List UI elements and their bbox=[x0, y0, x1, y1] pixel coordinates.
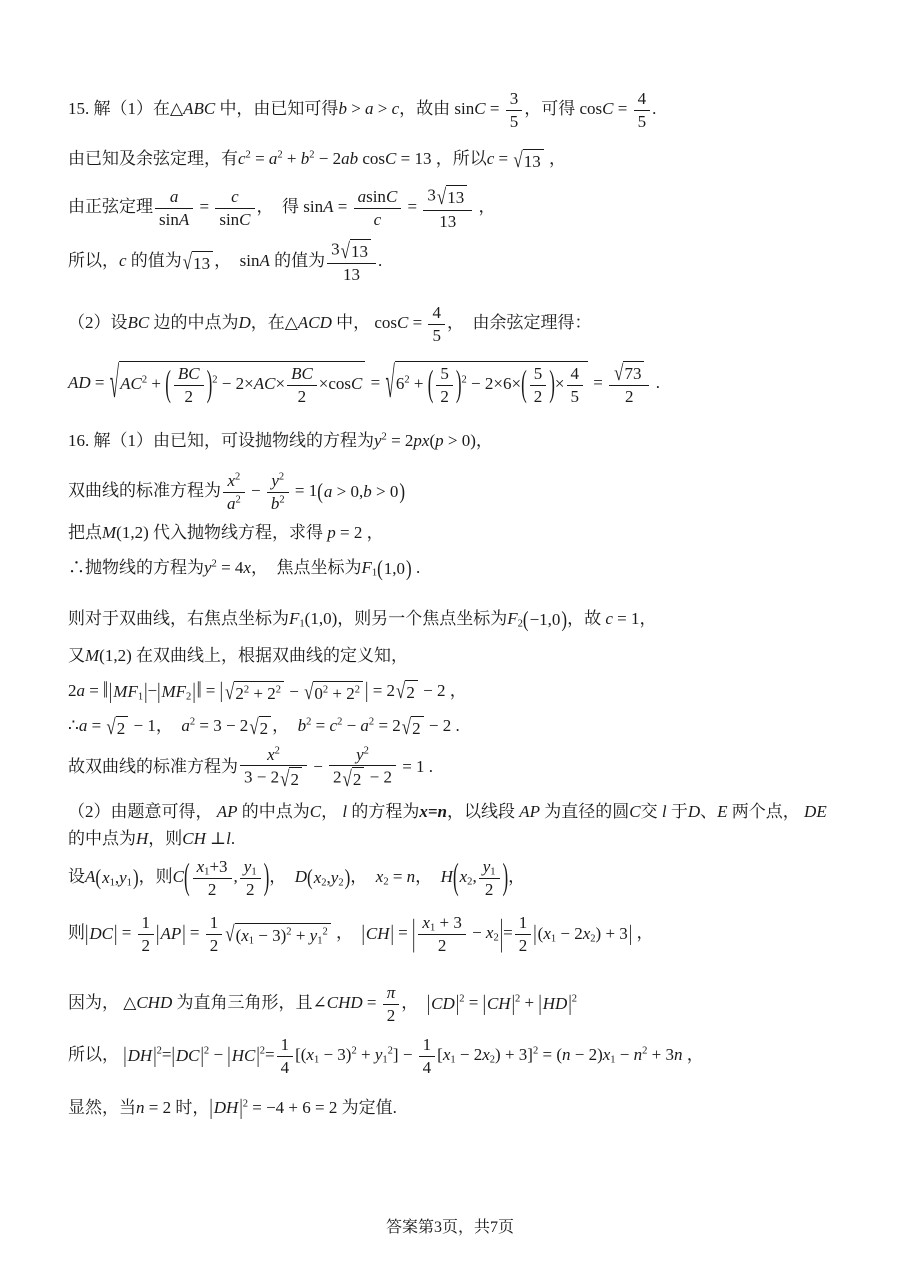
text-line: 显然，当n = 2 时，|DH|2 = −4 + 6 = 2 为定值. bbox=[68, 1095, 840, 1122]
text-run: − bbox=[285, 682, 303, 701]
math-variable: MF bbox=[113, 682, 138, 701]
denominator: b2 bbox=[267, 493, 289, 514]
fraction: x23 − 2√2 bbox=[240, 745, 307, 791]
text-run: ， bbox=[683, 1045, 704, 1064]
numerator: 1 bbox=[515, 913, 532, 935]
math-variable: D bbox=[295, 867, 307, 886]
math-variable: ab bbox=[341, 149, 358, 168]
text-run: − 2 bbox=[315, 149, 342, 168]
numerator: y2 bbox=[329, 745, 396, 767]
text-run: − bbox=[342, 716, 360, 735]
math-variable: F bbox=[289, 609, 299, 628]
text-run: ∴ bbox=[68, 716, 79, 735]
text-run: = bbox=[366, 373, 384, 392]
text-run: 13 bbox=[351, 242, 368, 261]
math-variable: b bbox=[338, 99, 347, 118]
text-run: − 2 ， bbox=[419, 681, 467, 700]
denominator: c bbox=[354, 209, 402, 230]
text-run: (1,2) 代入抛物线方程，求得 bbox=[116, 523, 327, 542]
text-run: = bbox=[162, 1045, 172, 1064]
subscript: 1 bbox=[490, 867, 495, 878]
numerator: BC bbox=[287, 364, 317, 386]
fraction: √732 bbox=[609, 361, 649, 407]
math-variable: a bbox=[227, 494, 236, 513]
radicand: 2 bbox=[405, 680, 418, 703]
text-run: ，故由 sin bbox=[399, 99, 474, 118]
fence-delimiter: | bbox=[156, 921, 159, 947]
numerator: x2 bbox=[223, 471, 245, 493]
math-variable: n bbox=[136, 1098, 145, 1117]
fence-content: 52 bbox=[433, 363, 456, 407]
text-line: 则|DC| = 12|AP| = 12√(x1 − 3)2 + y12 ， |C… bbox=[68, 912, 840, 956]
subscript: 2 bbox=[493, 933, 498, 944]
fenced-group: |DC| bbox=[171, 1043, 203, 1069]
text-run: 边的中点为 bbox=[149, 313, 238, 332]
text-run: = 3 − 2 bbox=[195, 716, 248, 735]
radicand: 2 bbox=[352, 767, 365, 790]
radical-icon: √ bbox=[280, 767, 289, 790]
math-variable: AP bbox=[217, 802, 238, 821]
text-run: 2 bbox=[142, 936, 151, 955]
math-variable: C bbox=[386, 187, 397, 206]
text-run: = bbox=[394, 923, 412, 942]
numerator: 4 bbox=[567, 364, 584, 386]
text-run: = bbox=[202, 681, 220, 700]
fence-delimiter: | bbox=[109, 679, 112, 705]
text-run: = bbox=[494, 149, 512, 168]
text-run: = 2 bbox=[374, 716, 401, 735]
denominator: 2 bbox=[174, 386, 204, 407]
fence-delimiter: ( bbox=[307, 865, 313, 891]
math-variable: y bbox=[204, 558, 212, 577]
radicand: 13 bbox=[523, 149, 544, 172]
fence-content: |MF1|−|MF2| bbox=[108, 678, 197, 705]
text-run: = bbox=[251, 149, 269, 168]
fence-content: 1,0 bbox=[383, 556, 406, 582]
numerator: √73 bbox=[609, 361, 649, 386]
text-line: 16. 解（1）由已知，可设抛物线的方程为y2 = 2px(p > 0)， bbox=[68, 428, 840, 454]
text-run: 的值为 bbox=[270, 251, 325, 270]
text-run: ，则 bbox=[139, 867, 173, 886]
numerator: 1 bbox=[206, 913, 223, 935]
square-root: √2 bbox=[280, 767, 302, 790]
fence-content: (x1 − 2x2) + 3 bbox=[537, 921, 629, 947]
fence-delimiter: | bbox=[239, 1095, 242, 1121]
text-run: 13 bbox=[343, 265, 360, 284]
denominator: 5 bbox=[428, 325, 445, 346]
fenced-group: |DC| bbox=[85, 921, 117, 947]
text-run: 15. 解（1）在△ bbox=[68, 99, 183, 118]
text-run: 的方程为 bbox=[347, 802, 419, 821]
text-run: 1 bbox=[142, 913, 151, 932]
denominator: 2 bbox=[206, 935, 223, 956]
text-run: ， bbox=[415, 867, 441, 886]
fence-content: 52 bbox=[527, 363, 550, 407]
math-variable: p bbox=[327, 523, 336, 542]
text-run: = bbox=[87, 716, 105, 735]
fence-delimiter: ( bbox=[521, 363, 527, 407]
fence-delimiter: ( bbox=[184, 856, 190, 900]
math-variable: A bbox=[85, 867, 95, 886]
numerator: 3 bbox=[506, 89, 523, 111]
fence-delimiter: ) bbox=[264, 856, 270, 900]
denominator: 2 bbox=[530, 386, 547, 407]
radical-icon: √ bbox=[183, 251, 192, 274]
text-run: = bbox=[589, 373, 607, 392]
radical-icon: √ bbox=[225, 923, 234, 946]
math-variable: n bbox=[407, 867, 416, 886]
math-variable: CH bbox=[487, 994, 511, 1013]
superscript: 2 bbox=[279, 472, 284, 483]
text-run: ， 焦点坐标为 bbox=[251, 558, 362, 577]
text-run: 因为， △ bbox=[68, 993, 136, 1012]
text-run: = 1 . bbox=[398, 756, 433, 775]
text-run: = 4 bbox=[217, 558, 244, 577]
fraction: 3√1313 bbox=[327, 239, 376, 285]
fence-delimiter: ) bbox=[133, 865, 139, 891]
text-run: = 2 时， bbox=[145, 1098, 210, 1117]
text-run: 为直径的圆 bbox=[540, 802, 629, 821]
fence-delimiter: | bbox=[256, 1043, 259, 1069]
subscript: 1 bbox=[138, 692, 143, 703]
fence-delimiter: ( bbox=[428, 363, 434, 407]
math-variable: x bbox=[267, 745, 275, 764]
text-line: 设A(x1,y1)，则C(x1+32,y12)， D(x2,y2)， x2 = … bbox=[68, 856, 840, 900]
square-root: √2 bbox=[402, 716, 424, 739]
math-variable: x bbox=[543, 924, 551, 943]
text-run: 3 bbox=[427, 186, 436, 205]
fenced-group: |AP| bbox=[156, 921, 186, 947]
text-run: − 2 bbox=[456, 1045, 483, 1064]
text-run: 2 bbox=[235, 684, 244, 703]
fraction: 12 bbox=[515, 913, 532, 955]
fence-delimiter: ‖ bbox=[197, 678, 202, 705]
subscript: 2 bbox=[338, 878, 343, 889]
math-variable: CH bbox=[366, 924, 390, 943]
text-run: 5 bbox=[432, 326, 441, 345]
text-run: 则 bbox=[68, 923, 85, 942]
math-variable: F bbox=[507, 609, 517, 628]
text-run: ， 得 sin bbox=[257, 197, 324, 216]
text-run: −1,0 bbox=[530, 610, 561, 629]
numerator: x2 bbox=[240, 745, 307, 767]
text-run: 2 bbox=[534, 387, 543, 406]
fenced-group: (a > 0,b > 0) bbox=[317, 479, 405, 505]
square-root: √22 + 22 bbox=[225, 681, 284, 704]
fence-content: x2,y12 bbox=[459, 856, 503, 900]
radical-icon: √ bbox=[385, 361, 394, 407]
text-line: 由正弦定理asinA = csinC， 得 sinA = asinCc = 3√… bbox=[68, 184, 840, 232]
text-run: = bbox=[91, 373, 109, 392]
fraction: x1+32 bbox=[193, 857, 232, 899]
text-run: ) + 3 bbox=[596, 924, 628, 943]
text-run: = ( bbox=[538, 1045, 562, 1064]
math-variable: x bbox=[482, 1045, 490, 1064]
numerator: c bbox=[215, 187, 254, 209]
text-line: （2）由题意可得， AP 的中点为C， l 的方程为x=n，以线段 AP 为直径… bbox=[68, 799, 840, 852]
math-variable: ABC bbox=[183, 99, 215, 118]
math-variable: x bbox=[243, 558, 251, 577]
text-line: （2）设BC 边的中点为D，在△ACD 中， cosC = 45， 由余弦定理得… bbox=[68, 302, 840, 346]
subscript: 1 bbox=[127, 878, 132, 889]
fence-delimiter: ) bbox=[399, 479, 405, 505]
math-variable: C bbox=[351, 374, 362, 393]
radical-icon: √ bbox=[249, 716, 258, 739]
numerator: y1 bbox=[479, 857, 500, 879]
text-run: 中，由已知可得 bbox=[215, 99, 338, 118]
radicand: 13 bbox=[350, 239, 371, 262]
fence-delimiter: | bbox=[568, 991, 571, 1017]
fenced-group: |HD| bbox=[538, 991, 571, 1017]
fence-content: DC bbox=[175, 1043, 201, 1069]
fence-content: −1,0 bbox=[529, 607, 562, 633]
fence-delimiter: | bbox=[192, 679, 195, 705]
fence-content: MF1 bbox=[112, 679, 144, 705]
math-variable: HD bbox=[543, 994, 568, 1013]
fence-content: x2,y2 bbox=[313, 865, 345, 891]
text-run: = bbox=[85, 681, 103, 700]
fence-delimiter: ( bbox=[165, 363, 171, 407]
text-run: = 13 ，所以 bbox=[396, 149, 486, 168]
text-run: 故双曲线的标准方程为 bbox=[68, 756, 238, 775]
fence-delimiter: | bbox=[483, 991, 486, 1017]
fraction: csinC bbox=[215, 187, 254, 229]
radicand: 13 bbox=[446, 185, 467, 208]
text-run: − bbox=[468, 923, 486, 942]
radicand: 02 + 22 bbox=[313, 681, 363, 704]
text-line: 所以， |DH|2=|DC|2 − |HC|2=14[(x1 − 3)2 + y… bbox=[68, 1034, 840, 1078]
square-root: √2 bbox=[396, 680, 418, 703]
fenced-group: (x1,y1) bbox=[95, 865, 138, 891]
text-run: = 1， bbox=[613, 609, 657, 628]
math-variable: C bbox=[474, 99, 485, 118]
math-variable: a bbox=[181, 716, 190, 735]
text-run: = bbox=[503, 923, 513, 942]
numerator: 3√13 bbox=[327, 239, 376, 264]
text-run: 2 bbox=[68, 681, 77, 700]
math-variable: D bbox=[238, 313, 250, 332]
text-run: +3 bbox=[209, 857, 227, 876]
text-run: 0 bbox=[314, 684, 323, 703]
text-run: ， bbox=[508, 867, 525, 886]
fence-delimiter: | bbox=[85, 921, 88, 947]
math-variable: c bbox=[238, 149, 246, 168]
text-run: = bbox=[265, 1045, 275, 1064]
text-run: 5 bbox=[440, 364, 449, 383]
text-run: − 2 . bbox=[425, 716, 460, 735]
math-variable: c bbox=[374, 210, 382, 229]
text-run: − bbox=[616, 1045, 634, 1064]
text-run: 13 bbox=[447, 188, 464, 207]
fraction: 3√1313 bbox=[423, 185, 472, 231]
fenced-group: (52) bbox=[428, 363, 462, 407]
text-run: 2 bbox=[485, 880, 494, 899]
text-run: 2 bbox=[290, 770, 299, 789]
math-variable: AC bbox=[254, 374, 276, 393]
numerator: 5 bbox=[436, 364, 453, 386]
math-variable: M bbox=[85, 646, 99, 665]
text-run: 2 bbox=[440, 387, 449, 406]
denominator: sinC bbox=[215, 209, 254, 230]
text-run: + bbox=[357, 1045, 375, 1064]
text-run: 把点 bbox=[68, 523, 102, 542]
math-variable: BC bbox=[178, 364, 200, 383]
denominator: 2 bbox=[436, 386, 453, 407]
text-run: + 3 bbox=[435, 913, 462, 932]
text-run: 3 − 2 bbox=[244, 768, 279, 787]
text-run: 两个点， bbox=[728, 802, 805, 821]
text-run: − bbox=[209, 1045, 227, 1064]
math-variable: C bbox=[310, 802, 321, 821]
text-run: 4 bbox=[638, 89, 647, 108]
fence-delimiter: | bbox=[538, 991, 541, 1017]
fraction: asinA bbox=[155, 187, 193, 229]
fence-delimiter: | bbox=[391, 921, 394, 947]
fraction: x2a2 bbox=[223, 471, 245, 513]
fence-content: CH bbox=[486, 991, 512, 1017]
denominator: 2 bbox=[383, 1005, 400, 1026]
radical-icon: √ bbox=[341, 239, 350, 262]
text-run: ×cos bbox=[319, 374, 351, 393]
text-run: ， bbox=[474, 197, 495, 216]
text-run: , bbox=[472, 867, 476, 886]
math-variable: π bbox=[387, 983, 396, 1002]
text-run: 2 bbox=[353, 770, 362, 789]
math-variable: AP bbox=[160, 924, 181, 943]
text-run: 2 bbox=[208, 880, 217, 899]
fence-content: DH bbox=[213, 1095, 240, 1121]
text-run: sin bbox=[366, 187, 386, 206]
text-run: ，在△ bbox=[251, 313, 298, 332]
radicand: 22 + 22 bbox=[234, 681, 284, 704]
denominator: 2 bbox=[479, 879, 500, 900]
fenced-group: (−1,0) bbox=[523, 607, 567, 633]
text-run: . bbox=[231, 829, 235, 848]
math-variable: A bbox=[323, 197, 333, 216]
math-variable: ACD bbox=[298, 313, 332, 332]
text-run: − 2 bbox=[365, 768, 392, 787]
math-variable: px bbox=[413, 431, 429, 450]
fraction: 12 bbox=[138, 913, 155, 955]
math-variable: H bbox=[136, 829, 148, 848]
text-line: 2a = ‖|MF1|−|MF2|‖ = |√22 + 22 − √02 + 2… bbox=[68, 678, 840, 706]
math-variable: A bbox=[259, 251, 269, 270]
text-run: + bbox=[292, 926, 310, 945]
text-run: = 2 ， bbox=[336, 523, 384, 542]
text-run: 2 bbox=[387, 1006, 396, 1025]
fence-delimiter: ) bbox=[549, 363, 555, 407]
math-variable: BC bbox=[291, 364, 313, 383]
text-run: 设 bbox=[68, 867, 85, 886]
denominator: sinA bbox=[155, 209, 193, 230]
denominator: 2 bbox=[193, 879, 232, 900]
superscript: 2 bbox=[235, 472, 240, 483]
text-run: = bbox=[311, 716, 329, 735]
radicand: 2 bbox=[289, 767, 302, 790]
fence-content: √22 + 22 − √02 + 22 bbox=[223, 679, 365, 705]
radical-icon: √ bbox=[343, 767, 352, 790]
fence-content: x1 + 32 − x2 bbox=[415, 912, 499, 956]
fenced-group: (52) bbox=[521, 363, 555, 407]
math-variable: C bbox=[239, 210, 250, 229]
superscript: 2 bbox=[355, 685, 360, 696]
text-run: 4 bbox=[281, 1058, 290, 1077]
radicand: 13 bbox=[192, 251, 213, 274]
fraction: 12 bbox=[206, 913, 223, 955]
math-variable: A bbox=[179, 210, 189, 229]
math-variable: AC bbox=[120, 374, 142, 393]
text-run: − 2) bbox=[570, 1045, 602, 1064]
fenced-group: |HC| bbox=[227, 1043, 259, 1069]
fence-delimiter: | bbox=[500, 912, 503, 956]
fence-delimiter: ) bbox=[345, 865, 351, 891]
fence-delimiter: ( bbox=[95, 865, 101, 891]
numerator: 1 bbox=[419, 1035, 436, 1057]
text-run: 13 bbox=[439, 212, 456, 231]
math-variable: C bbox=[385, 149, 396, 168]
fence-content: HD bbox=[542, 991, 569, 1017]
fenced-group: |CH| bbox=[361, 921, 393, 947]
math-variable: p bbox=[435, 431, 444, 450]
text-line: 15. 解（1）在△ABC 中，由已知可得b > a > c，故由 sinC =… bbox=[68, 88, 840, 132]
fence-delimiter: ) bbox=[503, 856, 509, 900]
text-line: 又M(1,2) 在双曲线上，根据双曲线的定义知， bbox=[68, 643, 840, 669]
text-run: 2 bbox=[333, 768, 342, 787]
math-variable: DH bbox=[128, 1046, 153, 1065]
text-run: sin bbox=[219, 210, 239, 229]
fence-content: CH bbox=[365, 921, 391, 947]
fenced-group: (BC2) bbox=[165, 363, 212, 407]
text-run: = 2 bbox=[368, 681, 395, 700]
square-root: √13 bbox=[437, 185, 467, 208]
text-run: − 3) bbox=[254, 926, 286, 945]
text-line: ∴a = √2 − 1， a2 = 3 − 2√2， b2 = c2 − a2 … bbox=[68, 713, 840, 739]
fence-content: a > 0,b > 0 bbox=[323, 479, 399, 505]
text-run: ] − bbox=[393, 1045, 417, 1064]
fence-delimiter: | bbox=[512, 991, 515, 1017]
numerator: x1 + 3 bbox=[418, 913, 465, 935]
text-run: − 2×6× bbox=[467, 374, 521, 393]
math-variable: c bbox=[231, 187, 239, 206]
text-run: 2 bbox=[412, 719, 421, 738]
superscript: 2 bbox=[322, 926, 327, 937]
numerator: 3√13 bbox=[423, 185, 472, 210]
denominator: 5 bbox=[634, 111, 651, 132]
math-variable: a bbox=[170, 187, 179, 206]
text-line: 故双曲线的标准方程为x23 − 2√2 − y22√2 − 2 = 1 . bbox=[68, 744, 840, 792]
text-run: ， bbox=[269, 867, 295, 886]
fence-content: HC bbox=[231, 1043, 257, 1069]
math-variable: n bbox=[674, 1045, 683, 1064]
fence-delimiter: ‖ bbox=[103, 678, 108, 705]
document-page: 15. 解（1）在△ABC 中，由已知可得b > a > c，故由 sinC =… bbox=[0, 0, 900, 1271]
math-variable: DE bbox=[804, 802, 827, 821]
math-variable: y bbox=[374, 431, 382, 450]
radical-icon: √ bbox=[614, 361, 623, 384]
text-run: + 2 bbox=[249, 684, 276, 703]
text-run: = bbox=[117, 923, 135, 942]
fence-delimiter: ) bbox=[207, 363, 213, 407]
math-variable: c bbox=[119, 251, 127, 270]
fence-delimiter: | bbox=[209, 1095, 212, 1121]
fenced-group: (1,0) bbox=[377, 556, 412, 582]
text-run: 1 bbox=[210, 913, 219, 932]
math-variable: b bbox=[301, 149, 310, 168]
text-run: + bbox=[283, 149, 301, 168]
fraction: 14 bbox=[277, 1035, 294, 1077]
math-variable: c bbox=[605, 609, 613, 628]
math-variable: C bbox=[629, 802, 640, 821]
